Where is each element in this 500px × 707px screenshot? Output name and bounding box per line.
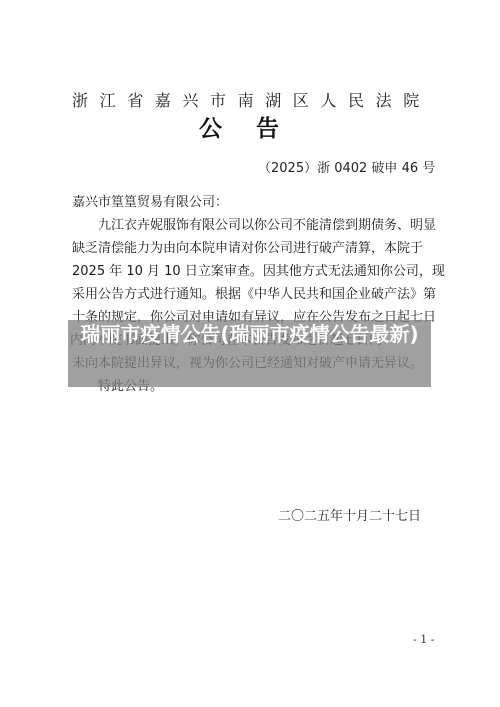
body-line: 采用公告方式进行通知。根据《中华人民共和国企业破产法》第 bbox=[72, 283, 436, 302]
overlay-title: 瑞丽市疫情公告(瑞丽市疫情公告最新) bbox=[68, 322, 431, 347]
document-title: 公告 bbox=[199, 110, 313, 143]
addressee: 嘉兴市篁篁贸易有限公司： bbox=[72, 191, 228, 210]
body-line: 2025 年 10 月 10 日立案审查。因其他方式无法通知你公司，现 bbox=[72, 260, 445, 279]
title-overlay-banner: 瑞丽市疫情公告(瑞丽市疫情公告最新) bbox=[68, 320, 431, 387]
case-number: （2025）浙 0402 破申 46 号 bbox=[258, 157, 435, 176]
document-date: 二〇二五年十月二十七日 bbox=[278, 505, 421, 524]
body-line: 缺乏清偿能力为由向本院申请对你公司进行破产清算，本院于 bbox=[72, 237, 423, 256]
page-number: - 1 - bbox=[413, 633, 434, 646]
body-line: 九江衣卉妮服饰有限公司以你公司不能清偿到期债务、明显 bbox=[98, 214, 436, 233]
court-name: 浙江省嘉兴市南湖区人民法院 bbox=[72, 88, 442, 111]
